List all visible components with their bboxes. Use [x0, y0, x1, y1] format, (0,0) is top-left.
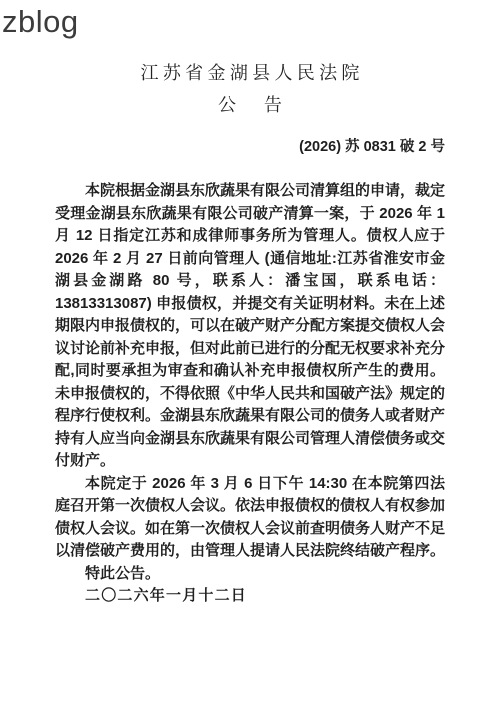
date-line: 二〇二六年一月十二日 — [55, 585, 445, 608]
closing-line: 特此公告。 — [55, 563, 445, 586]
notice-paragraph-2: 本院定于 2026 年 3 月 6 日下午 14:30 在本院第四法庭召开第一次… — [55, 473, 445, 563]
case-number: (2026) 苏 0831 破 2 号 — [55, 138, 445, 156]
notice-paragraph-1: 本院根据金湖县东欣蔬果有限公司清算组的申请，裁定受理金湖县东欣蔬果有限公司破产清… — [55, 180, 445, 473]
notice-title: 公告 — [55, 93, 445, 117]
notice-body: 本院根据金湖县东欣蔬果有限公司清算组的申请，裁定受理金湖县东欣蔬果有限公司破产清… — [55, 180, 445, 608]
site-header: zblog — [2, 4, 79, 40]
court-name: 江苏省金湖县人民法院 — [55, 60, 445, 86]
page: zblog 江苏省金湖县人民法院 公告 (2026) 苏 0831 破 2 号 … — [0, 0, 500, 707]
announcement-document: 江苏省金湖县人民法院 公告 (2026) 苏 0831 破 2 号 本院根据金湖… — [55, 60, 445, 608]
site-logo[interactable]: zblog — [2, 4, 79, 40]
